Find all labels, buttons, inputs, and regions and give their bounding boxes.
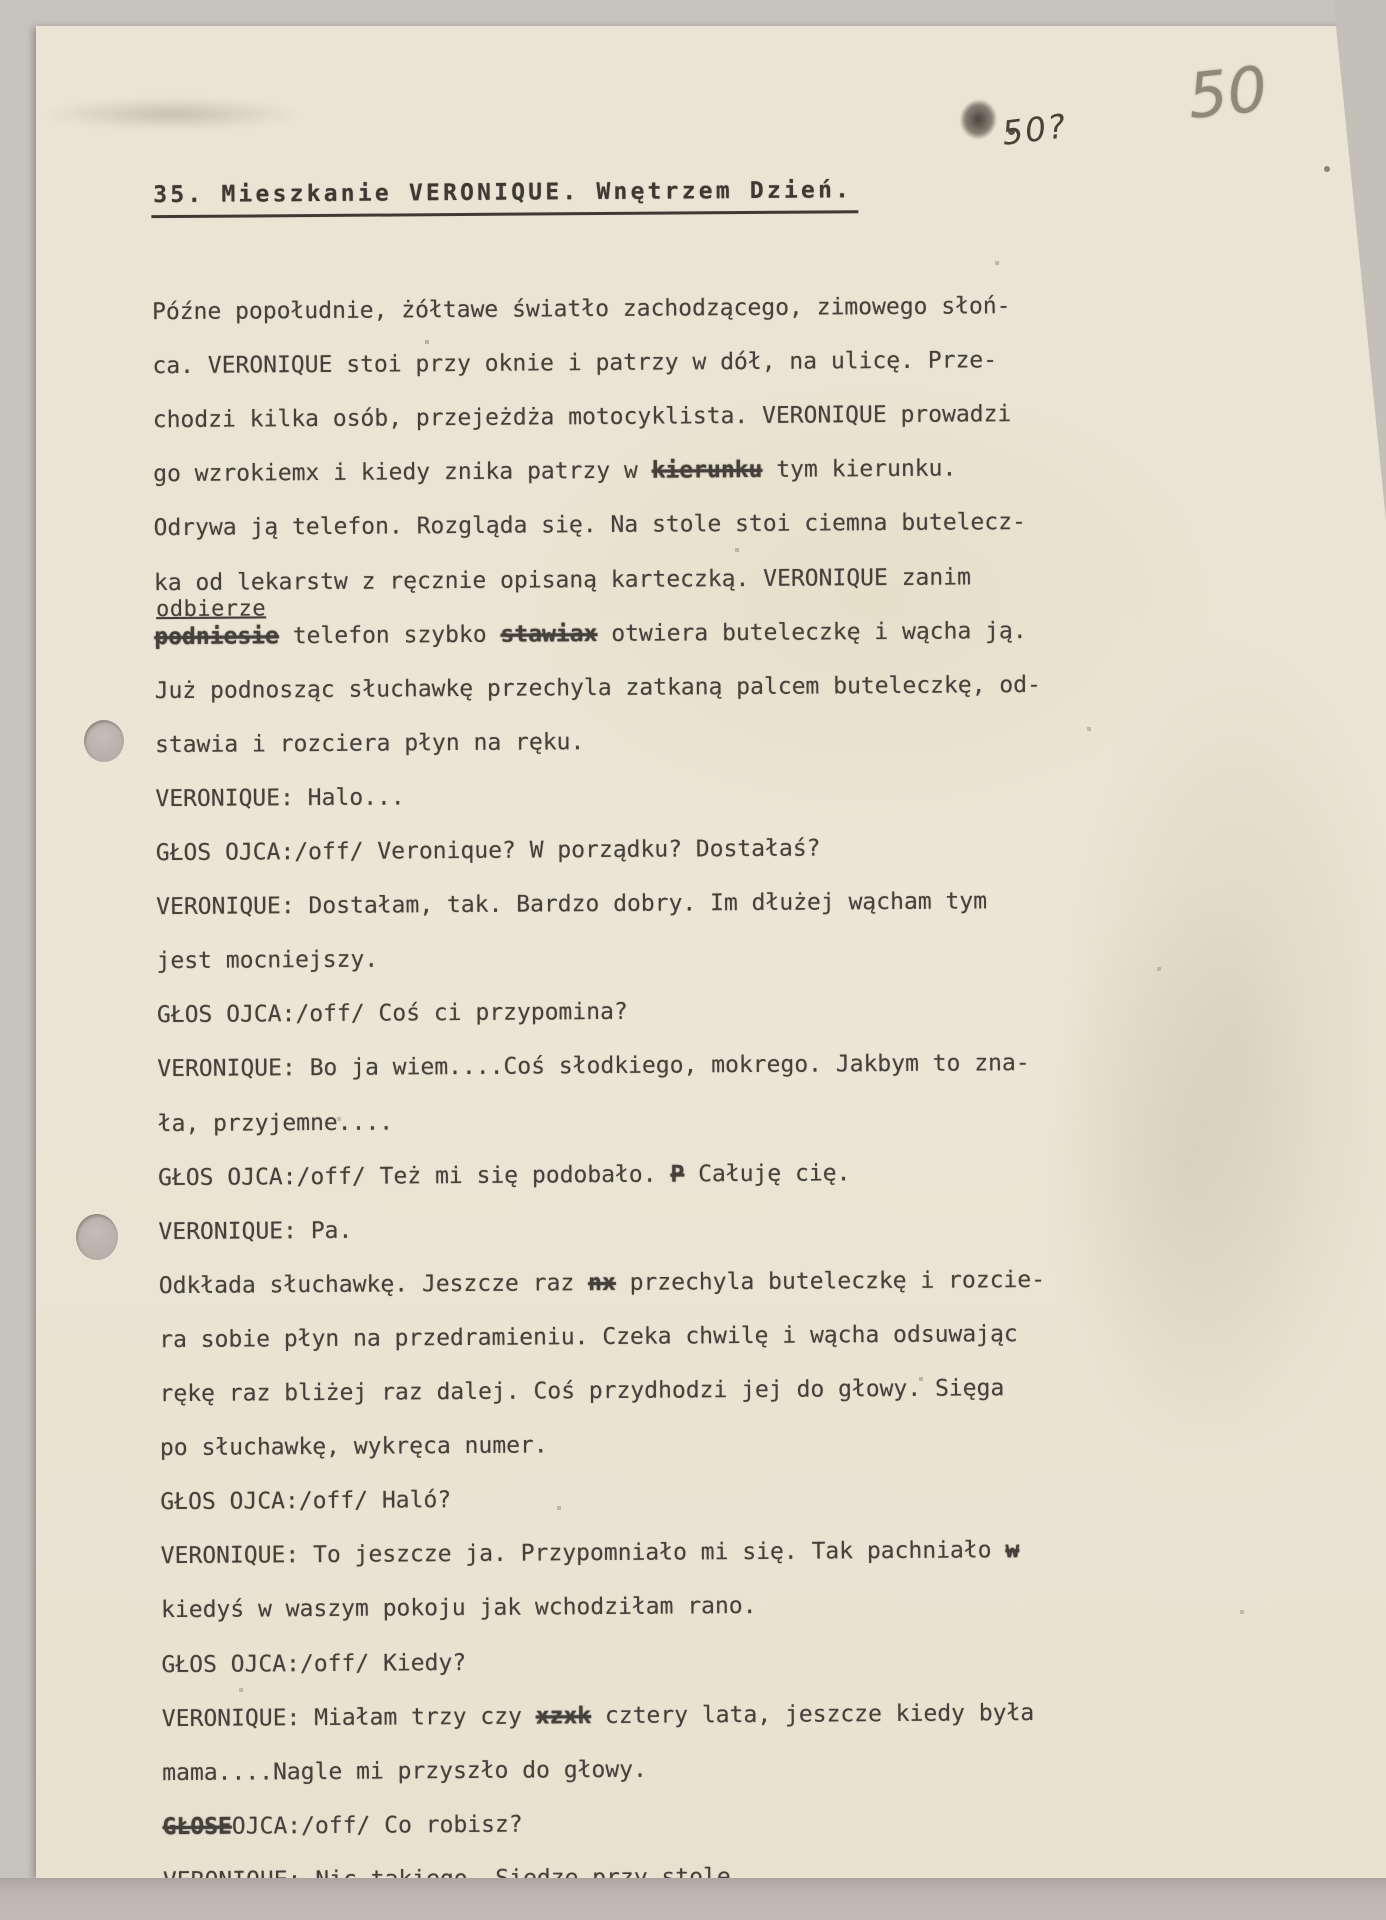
punch-hole-bottom <box>76 1214 118 1260</box>
script-line: GŁOS OJCA:/off/ Kiedy? <box>161 1641 1361 1681</box>
script-line: po słuchawkę, wykręca numer. <box>160 1425 1360 1465</box>
line-text: Odrywa ją telefon. Rozgląda się. Na stol… <box>153 509 1026 541</box>
script-line: mama....Nagle mi przyszło do głowy. <box>162 1749 1362 1789</box>
line-text: VERONIQUE: To jeszcze ja. Przypomniało m… <box>161 1538 1006 1570</box>
line-text: Już podnosząc słuchawkę przechyla zatkan… <box>155 672 1041 704</box>
line-text: cztery lata, jeszcze kiedy była <box>591 1700 1034 1729</box>
script-line: Odkłada słuchawkę. Jeszcze raz nx przech… <box>159 1263 1359 1303</box>
script-line: GŁOS OJCA:/off/ Veronique? W porządku? D… <box>156 830 1356 870</box>
line-text: telefon szybko <box>279 621 501 649</box>
script-line: odbierzepodniesie telefon szybko stawiax… <box>154 613 1354 653</box>
script-line: VERONIQUE: Dostałam, tak. Bardzo dobry. … <box>156 884 1356 924</box>
script-line: VERONIQUE: Miałam trzy czy xzxk cztery l… <box>162 1695 1362 1735</box>
line-text: kiedyś w waszym pokoju jak wchodziłam ra… <box>161 1593 757 1623</box>
scanner-background-bottom <box>0 1878 1386 1920</box>
script-line: GŁOS OJCA:/off/ Coś ci przypomina? <box>157 992 1357 1032</box>
interline-correction: odbierze <box>156 594 266 625</box>
script-line: Już podnosząc słuchawkę przechyla zatkan… <box>155 667 1355 707</box>
line-text: mama....Nagle mi przyszło do głowy. <box>162 1756 647 1785</box>
script-line: GŁOS OJCA:/off/ Haló? <box>160 1479 1360 1519</box>
script-line: VERONIQUE: To jeszcze ja. Przypomniało m… <box>161 1533 1361 1573</box>
typewritten-lines: Późne popołudnie, żółtawe światło zachod… <box>34 18 1384 27</box>
script-line: jest mocniejszy. <box>156 938 1356 978</box>
line-text: go wzrokiemx i kiedy znika patrzy w <box>153 458 652 487</box>
line-text: ka od lekarstw z ręcznie opisaną kartecz… <box>154 564 971 596</box>
line-text: przechyla buteleczkę i rozcie- <box>616 1267 1045 1296</box>
script-line: go wzrokiemx i kiedy znika patrzy w kier… <box>153 451 1353 491</box>
script-line: GŁOSEOJCA:/off/ Co robisz? <box>163 1804 1363 1844</box>
line-text: GŁOS OJCA:/off/ Też mi się podobało. <box>158 1161 671 1191</box>
line-text: VERONIQUE: Pa. <box>158 1217 352 1244</box>
line-text: VERONIQUE: Bo ja wiem....Coś słodkiego, … <box>157 1050 1030 1082</box>
script-line: ra sobie płyn na przedramieniu. Czeka ch… <box>159 1317 1359 1357</box>
line-text: chodzi kilka osób, przejeżdża motocyklis… <box>153 401 1012 433</box>
script-line: ca. VERONIQUE stoi przy oknie i patrzy w… <box>152 343 1352 383</box>
paper-page: 35. Mieszkanie VERONIQUE. Wnętrzem Dzień… <box>36 26 1386 1878</box>
script-line: kiedyś w waszym pokoju jak wchodziłam ra… <box>161 1587 1361 1627</box>
script-line: stawia i rozciera płyn na ręku. <box>155 722 1355 762</box>
line-text: GŁOS OJCA:/off/ Coś ci przypomina? <box>157 999 628 1028</box>
line-text: po słuchawkę, wykręca numer. <box>160 1433 548 1462</box>
line-text: ra sobie płyn na przedramieniu. Czeka ch… <box>159 1321 1018 1353</box>
line-text: rękę raz bliżej raz dalej. Coś przydhodz… <box>160 1375 1005 1407</box>
line-text: VERONIQUE: Dostałam, tak. Bardzo dobry. … <box>156 888 987 920</box>
line-text: OJCA:/off/ Co robisz? <box>232 1811 523 1839</box>
scene-heading: 35. Mieszkanie VERONIQUE. Wnętrzem Dzień… <box>151 177 858 218</box>
line-text: tym kierunku. <box>762 456 956 483</box>
line-text: GŁOS OJCA:/off/ Kiedy? <box>161 1650 466 1678</box>
script-line: Późne popołudnie, żółtawe światło zachod… <box>152 289 1352 329</box>
script-line: ła, przyjemne.... <box>158 1100 1358 1140</box>
line-text: jest mocniejszy. <box>156 947 378 975</box>
page-number-pencil-annotation: 50 <box>1184 52 1270 133</box>
line-text: Późne popołudnie, żółtawe światło zachod… <box>152 293 1011 325</box>
struck-out-text: podniesie <box>154 623 279 650</box>
script-line: chodzi kilka osób, przejeżdża motocyklis… <box>153 397 1353 437</box>
line-text: GŁOS OJCA:/off/ Haló? <box>160 1487 451 1515</box>
struck-out-text: w <box>1005 1537 1019 1563</box>
line-text: Całuję cię. <box>684 1160 850 1187</box>
struck-out-text: stawiax <box>500 621 597 648</box>
struck-out-text: nx <box>588 1270 616 1296</box>
script-line: VERONIQUE: Bo ja wiem....Coś słodkiego, … <box>157 1046 1357 1086</box>
script-line: VERONIQUE: Halo... <box>155 776 1355 816</box>
script-line: rękę raz bliżej raz dalej. Coś przydhodz… <box>159 1371 1359 1411</box>
punch-hole-top <box>84 720 124 762</box>
scanned-screenplay-scan: { "colors": { "paper": "#eae5d4", "scann… <box>0 0 1386 1920</box>
line-text: VERONIQUE: Halo... <box>155 784 404 812</box>
struck-out-text: xzxk <box>536 1703 592 1729</box>
line-text: VERONIQUE: Miałam trzy czy <box>162 1703 536 1732</box>
struck-out-text: GŁOSE <box>163 1813 232 1839</box>
pencil-dot <box>1324 166 1330 172</box>
line-text: otwiera buteleczkę i wącha ją. <box>597 618 1026 647</box>
struck-out-text: P <box>670 1161 684 1187</box>
line-text: Odkłada słuchawkę. Jeszcze raz <box>159 1270 588 1299</box>
typewritten-text: 35. Mieszkanie VERONIQUE. Wnętrzem Dzień… <box>34 18 1386 1879</box>
script-line: ka od lekarstw z ręcznie opisaną kartecz… <box>154 559 1354 599</box>
script-line: Odrywa ją telefon. Rozgląda się. Na stol… <box>153 505 1353 545</box>
line-text: ła, przyjemne.... <box>158 1109 394 1137</box>
line-text: stawia i rozciera płyn na ręku. <box>155 729 584 758</box>
page-number-ink-annotation: 50? <box>1000 106 1070 153</box>
line-text: GŁOS OJCA:/off/ Veronique? W porządku? D… <box>156 836 821 867</box>
script-line: VERONIQUE: Pa. <box>158 1208 1358 1248</box>
script-line: GŁOS OJCA:/off/ Też mi się podobało. P C… <box>158 1154 1358 1194</box>
struck-out-text: kierunku <box>652 457 763 484</box>
line-text: ca. VERONIQUE stoi przy oknie i patrzy w… <box>152 347 997 379</box>
